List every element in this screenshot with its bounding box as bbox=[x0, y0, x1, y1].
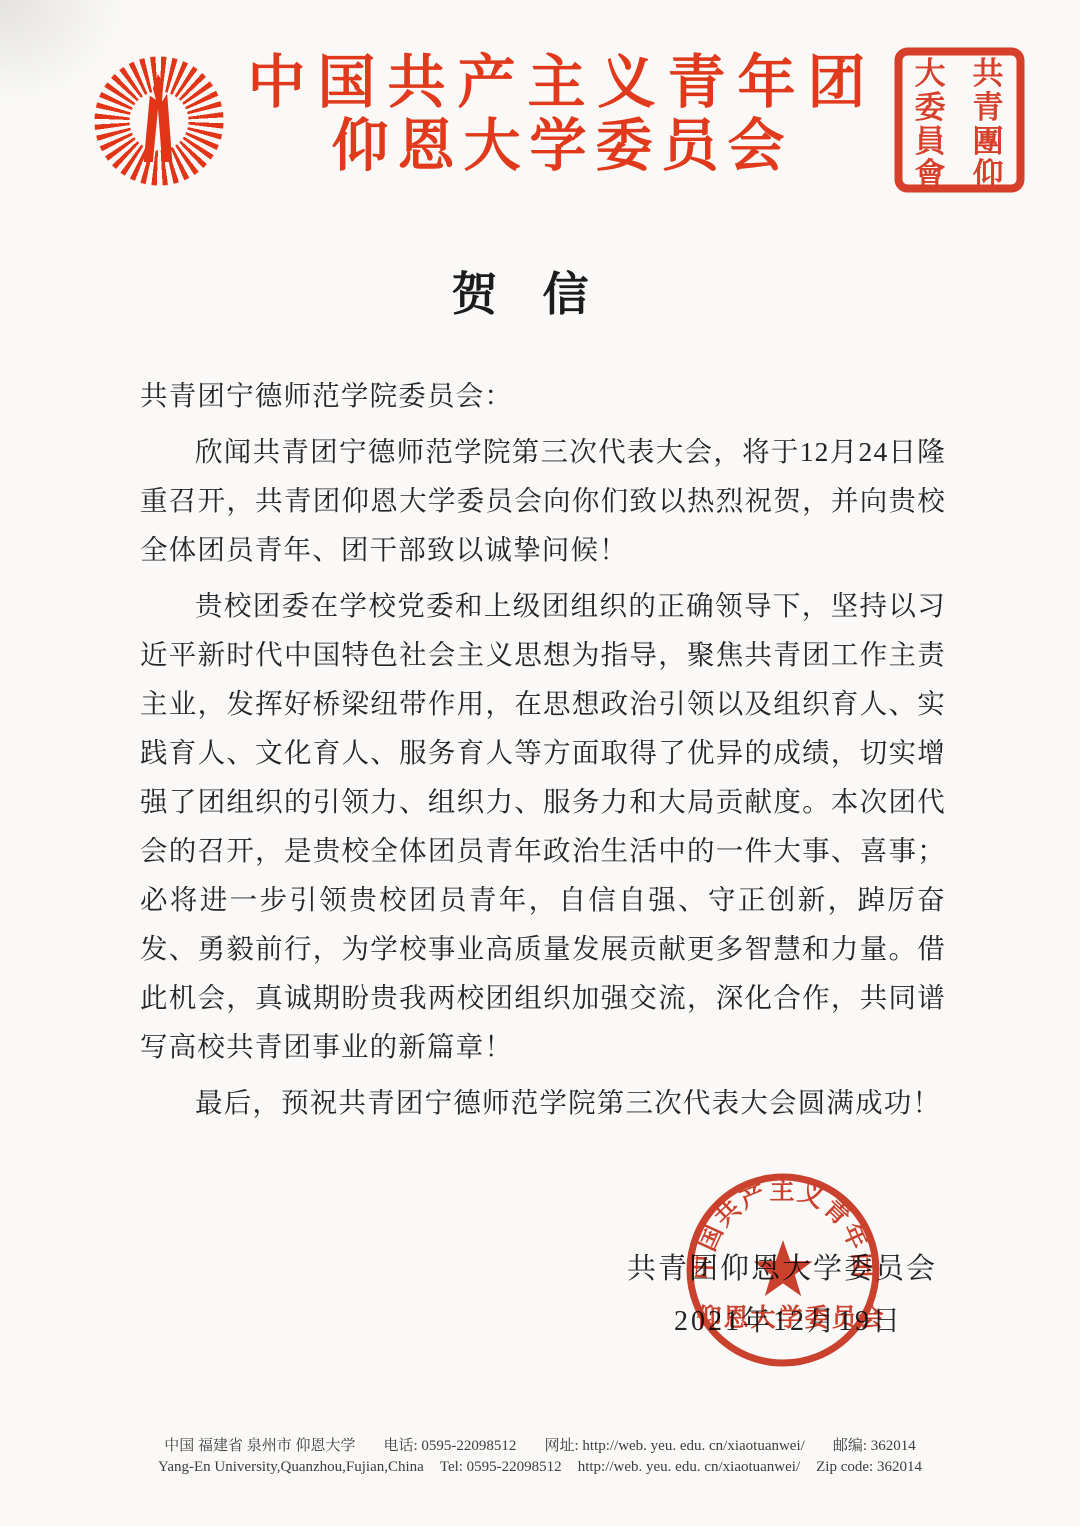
seal-char: 團 bbox=[973, 124, 1004, 159]
footer-address-cn: 中国 福建省 泉州市 仰恩大学 bbox=[164, 1436, 355, 1457]
letter-body: 共青团宁德师范学院委员会： 欣闻共青团宁德师范学院第三次代表大会，将于12月24… bbox=[140, 371, 946, 1134]
letter-title: 贺 信 bbox=[0, 258, 1060, 324]
salutation: 共青团宁德师范学院委员会： bbox=[140, 371, 946, 420]
youth-league-emblem bbox=[88, 50, 230, 192]
paragraph-2: 贵校团委在学校党委和上级团组织的正确领导下，坚持以习近平新时代中国特色社会主义思… bbox=[140, 581, 946, 1071]
footer-phone-cn: 电话: 0595-22098512 bbox=[384, 1436, 517, 1457]
letter-page: 中国共产主义青年团 仰恩大学委员会 共 青 團 仰 大 委 員 會 贺 信 共青… bbox=[0, 0, 1080, 1526]
red-star-icon bbox=[754, 1240, 813, 1296]
footer-phone-en: Tel: 0595-22098512 bbox=[440, 1457, 562, 1478]
org-name-line1: 中国共产主义青年团 bbox=[235, 52, 890, 114]
paragraph-3: 最后，预祝共青团宁德师范学院第三次代表大会圆满成功！ bbox=[140, 1078, 946, 1127]
footer-zip-cn: 邮编: 362014 bbox=[833, 1436, 916, 1457]
org-name-line2: 仰恩大学委员会 bbox=[235, 116, 890, 178]
seal-char: 大 bbox=[915, 56, 946, 91]
footer-address-en: Yang-En University,Quanzhou,Fujian,China bbox=[158, 1457, 424, 1478]
footer-line-cn: 中国 福建省 泉州市 仰恩大学 电话: 0595-22098512 网址: ht… bbox=[0, 1436, 1080, 1457]
paragraph-1: 欣闻共青团宁德师范学院第三次代表大会，将于12月24日隆重召开，共青团仰恩大学委… bbox=[140, 427, 946, 574]
round-seal-icon: 中国共产主义青年团 仰恩大学委员会 bbox=[677, 1164, 889, 1376]
footer-zip-en: Zip code: 362014 bbox=[816, 1457, 922, 1478]
seal-char: 委 bbox=[915, 90, 946, 125]
seal-bottom-text: 仰恩大学委员会 bbox=[696, 1303, 885, 1332]
seal-char: 仰 bbox=[973, 157, 1004, 192]
footer-url-en: http://web. yeu. edu. cn/xiaotuanwei/ bbox=[578, 1457, 800, 1478]
footer: 中国 福建省 泉州市 仰恩大学 电话: 0595-22098512 网址: ht… bbox=[0, 1436, 1080, 1478]
seal-char: 員 bbox=[915, 124, 946, 159]
seal-char: 會 bbox=[915, 157, 946, 192]
square-seal-icon: 共 青 團 仰 大 委 員 會 bbox=[893, 46, 1026, 194]
title-char-right: 信 bbox=[543, 258, 589, 324]
seal-char: 青 bbox=[973, 90, 1004, 125]
seal-char: 共 bbox=[973, 56, 1004, 91]
footer-line-en: Yang-En University,Quanzhou,Fujian,China… bbox=[0, 1457, 1080, 1478]
torch-icon bbox=[142, 72, 176, 166]
title-char-left: 贺 bbox=[452, 258, 498, 324]
letterhead: 中国共产主义青年团 仰恩大学委员会 bbox=[235, 52, 890, 178]
footer-url-cn: 网址: http://web. yeu. edu. cn/xiaotuanwei… bbox=[544, 1436, 804, 1457]
